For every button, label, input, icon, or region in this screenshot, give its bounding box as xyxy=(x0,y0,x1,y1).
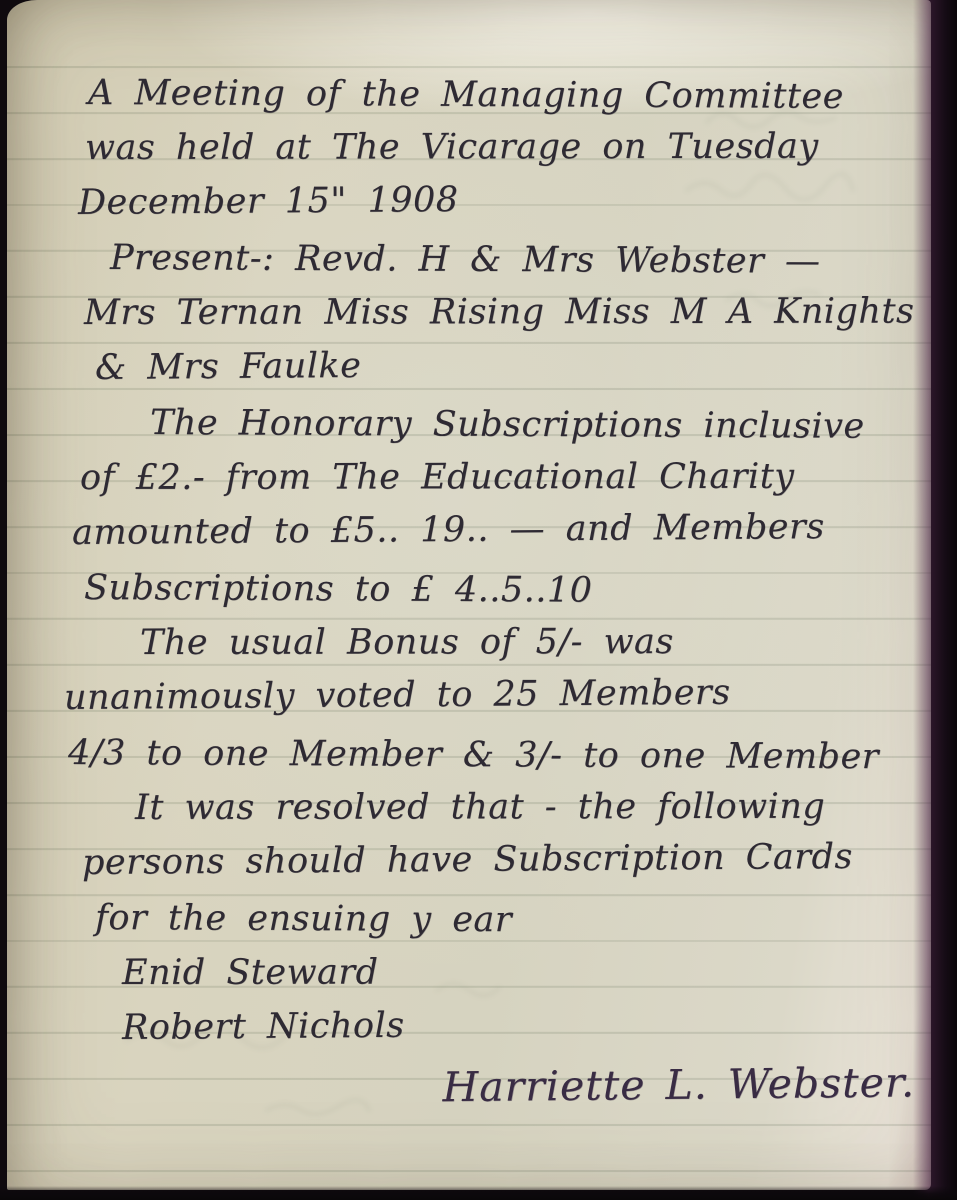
notebook-page: A Meeting of the Managing Committee was … xyxy=(7,0,931,1190)
handwriting-line: Present-: Revd. H & Mrs Webster — xyxy=(110,231,931,290)
photo-backdrop: { "document": { "kind": "handwritten min… xyxy=(0,0,957,1200)
signature: Harriette L. Webster. xyxy=(7,1051,932,1123)
handwriting-line: The usual Bonus of 5/- was xyxy=(140,615,931,671)
handwriting-line: Mrs Ternan Miss Rising Miss M A Knights xyxy=(84,285,931,341)
handwriting-line: amounted to £5.. 19.. — and Members xyxy=(72,499,931,561)
handwriting-line: & Mrs Faulke xyxy=(95,334,931,396)
minutes-text: A Meeting of the Managing Committee was … xyxy=(7,0,931,1118)
handwriting-line: It was resolved that - the following xyxy=(135,780,931,836)
handwriting-line: The Honorary Subscriptions inclusive xyxy=(150,396,931,455)
handwriting-line: unanimously voted to 25 Members xyxy=(64,664,931,726)
handwriting-line: Robert Nichols xyxy=(122,995,931,1056)
handwriting-line: A Meeting of the Managing Committee xyxy=(88,66,931,125)
book-binding-shadow-bottom xyxy=(0,1186,957,1200)
book-binding-shadow-right xyxy=(913,0,957,1200)
handwriting-line: of £2.- from The Educational Charity xyxy=(80,450,931,506)
handwriting-line: for the ensuing y ear xyxy=(95,891,931,950)
handwriting-line: December 15" 1908 xyxy=(78,169,931,231)
handwriting-line: persons should have Subscription Cards xyxy=(82,829,931,891)
handwriting-line: Subscriptions to £ 4..5..10 xyxy=(84,561,931,620)
handwriting-line: 4/3 to one Member & 3/- to one Member xyxy=(68,726,931,786)
handwriting-line: Enid Steward xyxy=(122,945,931,1001)
handwriting-line: was held at The Vicarage on Tuesday xyxy=(85,120,931,176)
